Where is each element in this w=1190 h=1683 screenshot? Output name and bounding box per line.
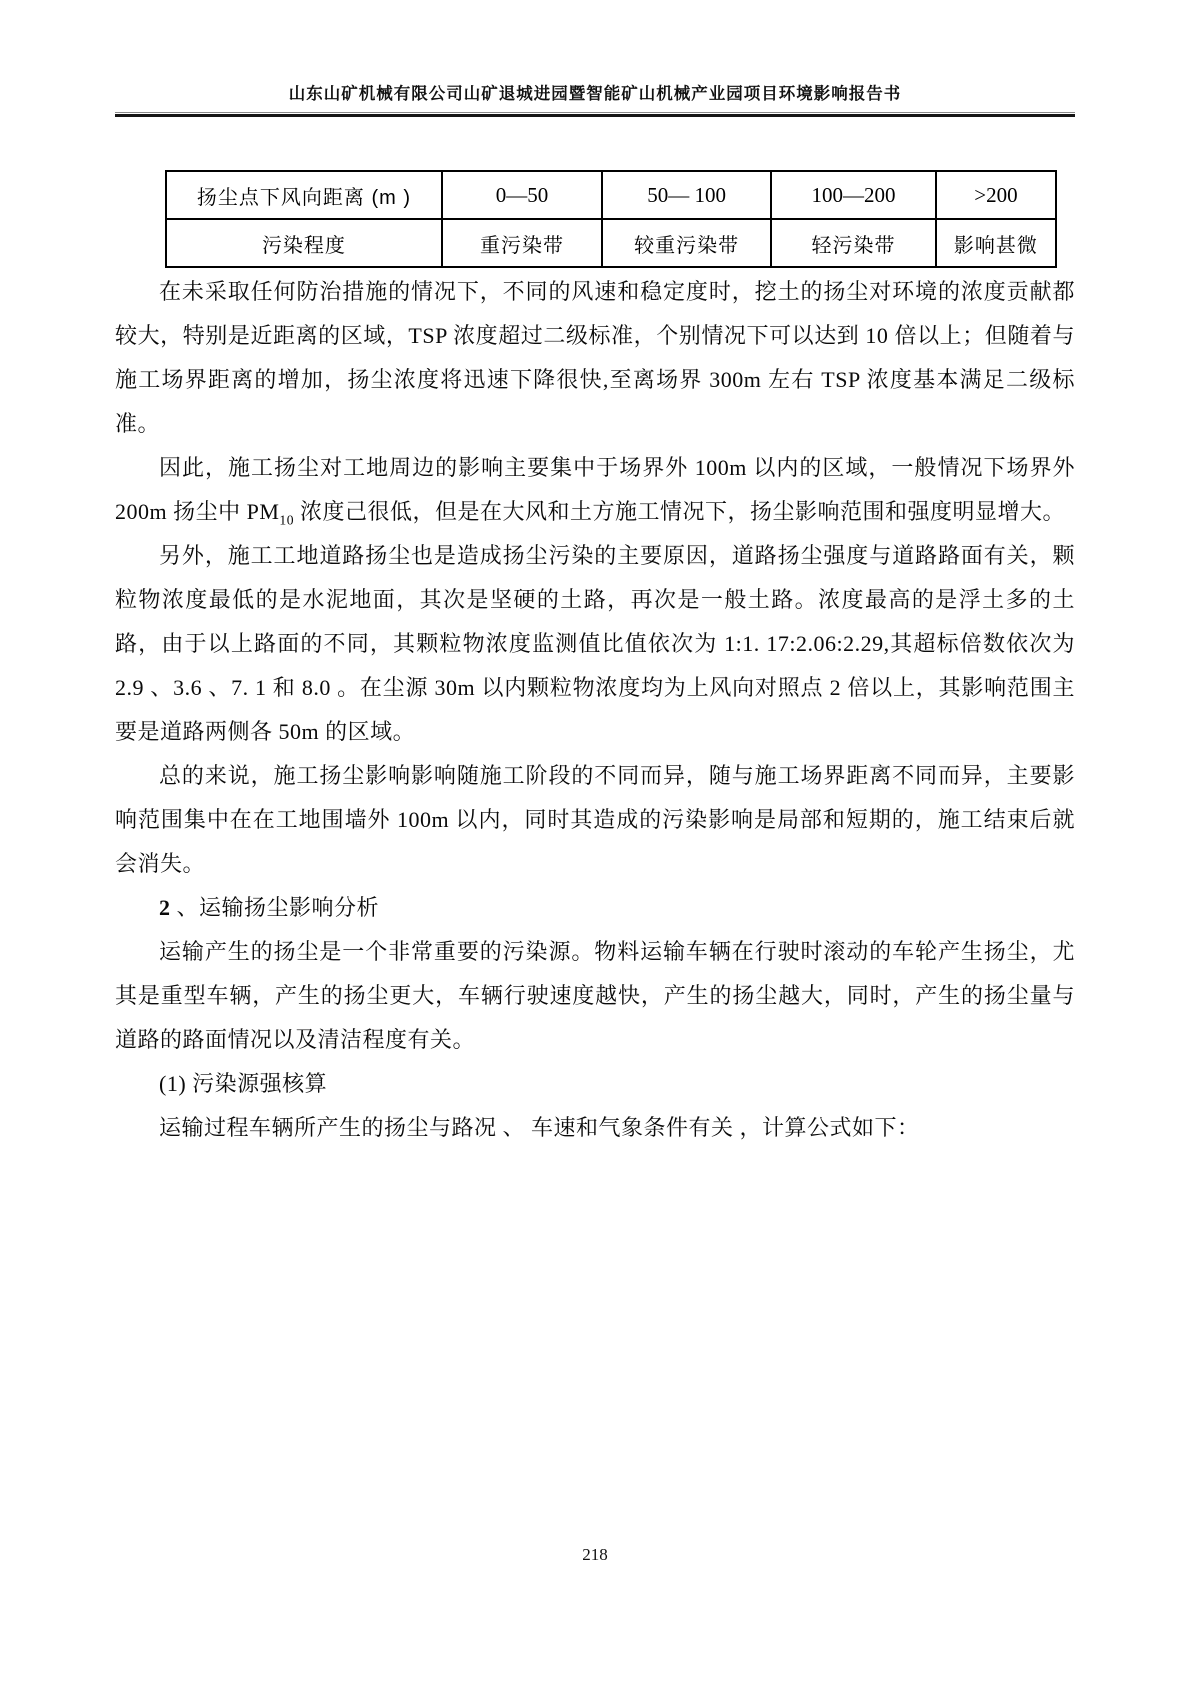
- page-number: 218: [582, 1545, 608, 1564]
- paragraph-transport-source: 运输产生的扬尘是一个非常重要的污染源。物料运输车辆在行驶时滚动的车轮产生扬尘，尤…: [115, 930, 1075, 1062]
- table-cell-level-2: 较重污染带: [602, 219, 771, 267]
- table-cell-pollution-label: 污染程度: [166, 219, 442, 267]
- page-header: 山东山矿机械有限公司山矿退城进园暨智能矿山机械产业园项目环境影响报告书: [115, 80, 1075, 117]
- pm10-subscript: 10: [279, 512, 294, 527]
- table-cell-range-3: 100—200: [771, 171, 936, 219]
- document-title: 山东山矿机械有限公司山矿退城进园暨智能矿山机械产业园项目环境影响报告书: [115, 80, 1075, 104]
- heading-transport-dust: 2 、运输扬尘影响分析: [115, 886, 1075, 930]
- table-row-distance: 扬尘点下风向距离 (m ) 0—50 50— 100 100—200 >200: [166, 171, 1056, 219]
- paragraph-boundary-impact-part2: 浓度己很低，但是在大风和土方施工情况下，扬尘影响范围和强度明显增大。: [294, 499, 1065, 524]
- table-cell-level-4: 影响甚微: [936, 219, 1056, 267]
- table-cell-level-1: 重污染带: [442, 219, 602, 267]
- document-page: 山东山矿机械有限公司山矿退城进园暨智能矿山机械产业园项目环境影响报告书 扬尘点下…: [0, 0, 1190, 1683]
- document-body: 在未采取任何防治措施的情况下，不同的风速和稳定度时，挖土的扬尘对环境的浓度贡献都…: [115, 270, 1075, 1150]
- heading-source-calculation: (1) 污染源强核算: [115, 1062, 1075, 1106]
- paragraph-road-dust: 另外，施工工地道路扬尘也是造成扬尘污染的主要原因，道路扬尘强度与道路路面有关，颗…: [115, 534, 1075, 754]
- page-footer: 218: [0, 1545, 1190, 1565]
- table-row-pollution: 污染程度 重污染带 较重污染带 轻污染带 影响甚微: [166, 219, 1056, 267]
- table-cell-distance-label: 扬尘点下风向距离 (m ): [166, 171, 442, 219]
- table-cell-range-4: >200: [936, 171, 1056, 219]
- paragraph-untreated-dust: 在未采取任何防治措施的情况下，不同的风速和稳定度时，挖土的扬尘对环境的浓度贡献都…: [115, 270, 1075, 446]
- table-cell-range-1: 0—50: [442, 171, 602, 219]
- paragraph-summary: 总的来说，施工扬尘影响影响随施工阶段的不同而异，随与施工场界距离不同而异，主要影…: [115, 754, 1075, 886]
- heading-transport-text: 、运输扬尘影响分析: [171, 895, 380, 920]
- table-cell-range-2: 50— 100: [602, 171, 771, 219]
- header-divider: [115, 112, 1075, 117]
- heading-transport-number: 2: [159, 895, 171, 920]
- table-cell-level-3: 轻污染带: [771, 219, 936, 267]
- dust-distance-table: 扬尘点下风向距离 (m ) 0—50 50— 100 100—200 >200 …: [165, 170, 1057, 268]
- paragraph-formula-intro: 运输过程车辆所产生的扬尘与路况 、 车速和气象条件有关 ，计算公式如下：: [115, 1106, 1075, 1150]
- paragraph-boundary-impact: 因此，施工扬尘对工地周边的影响主要集中于场界外 100m 以内的区域，一般情况下…: [115, 446, 1075, 534]
